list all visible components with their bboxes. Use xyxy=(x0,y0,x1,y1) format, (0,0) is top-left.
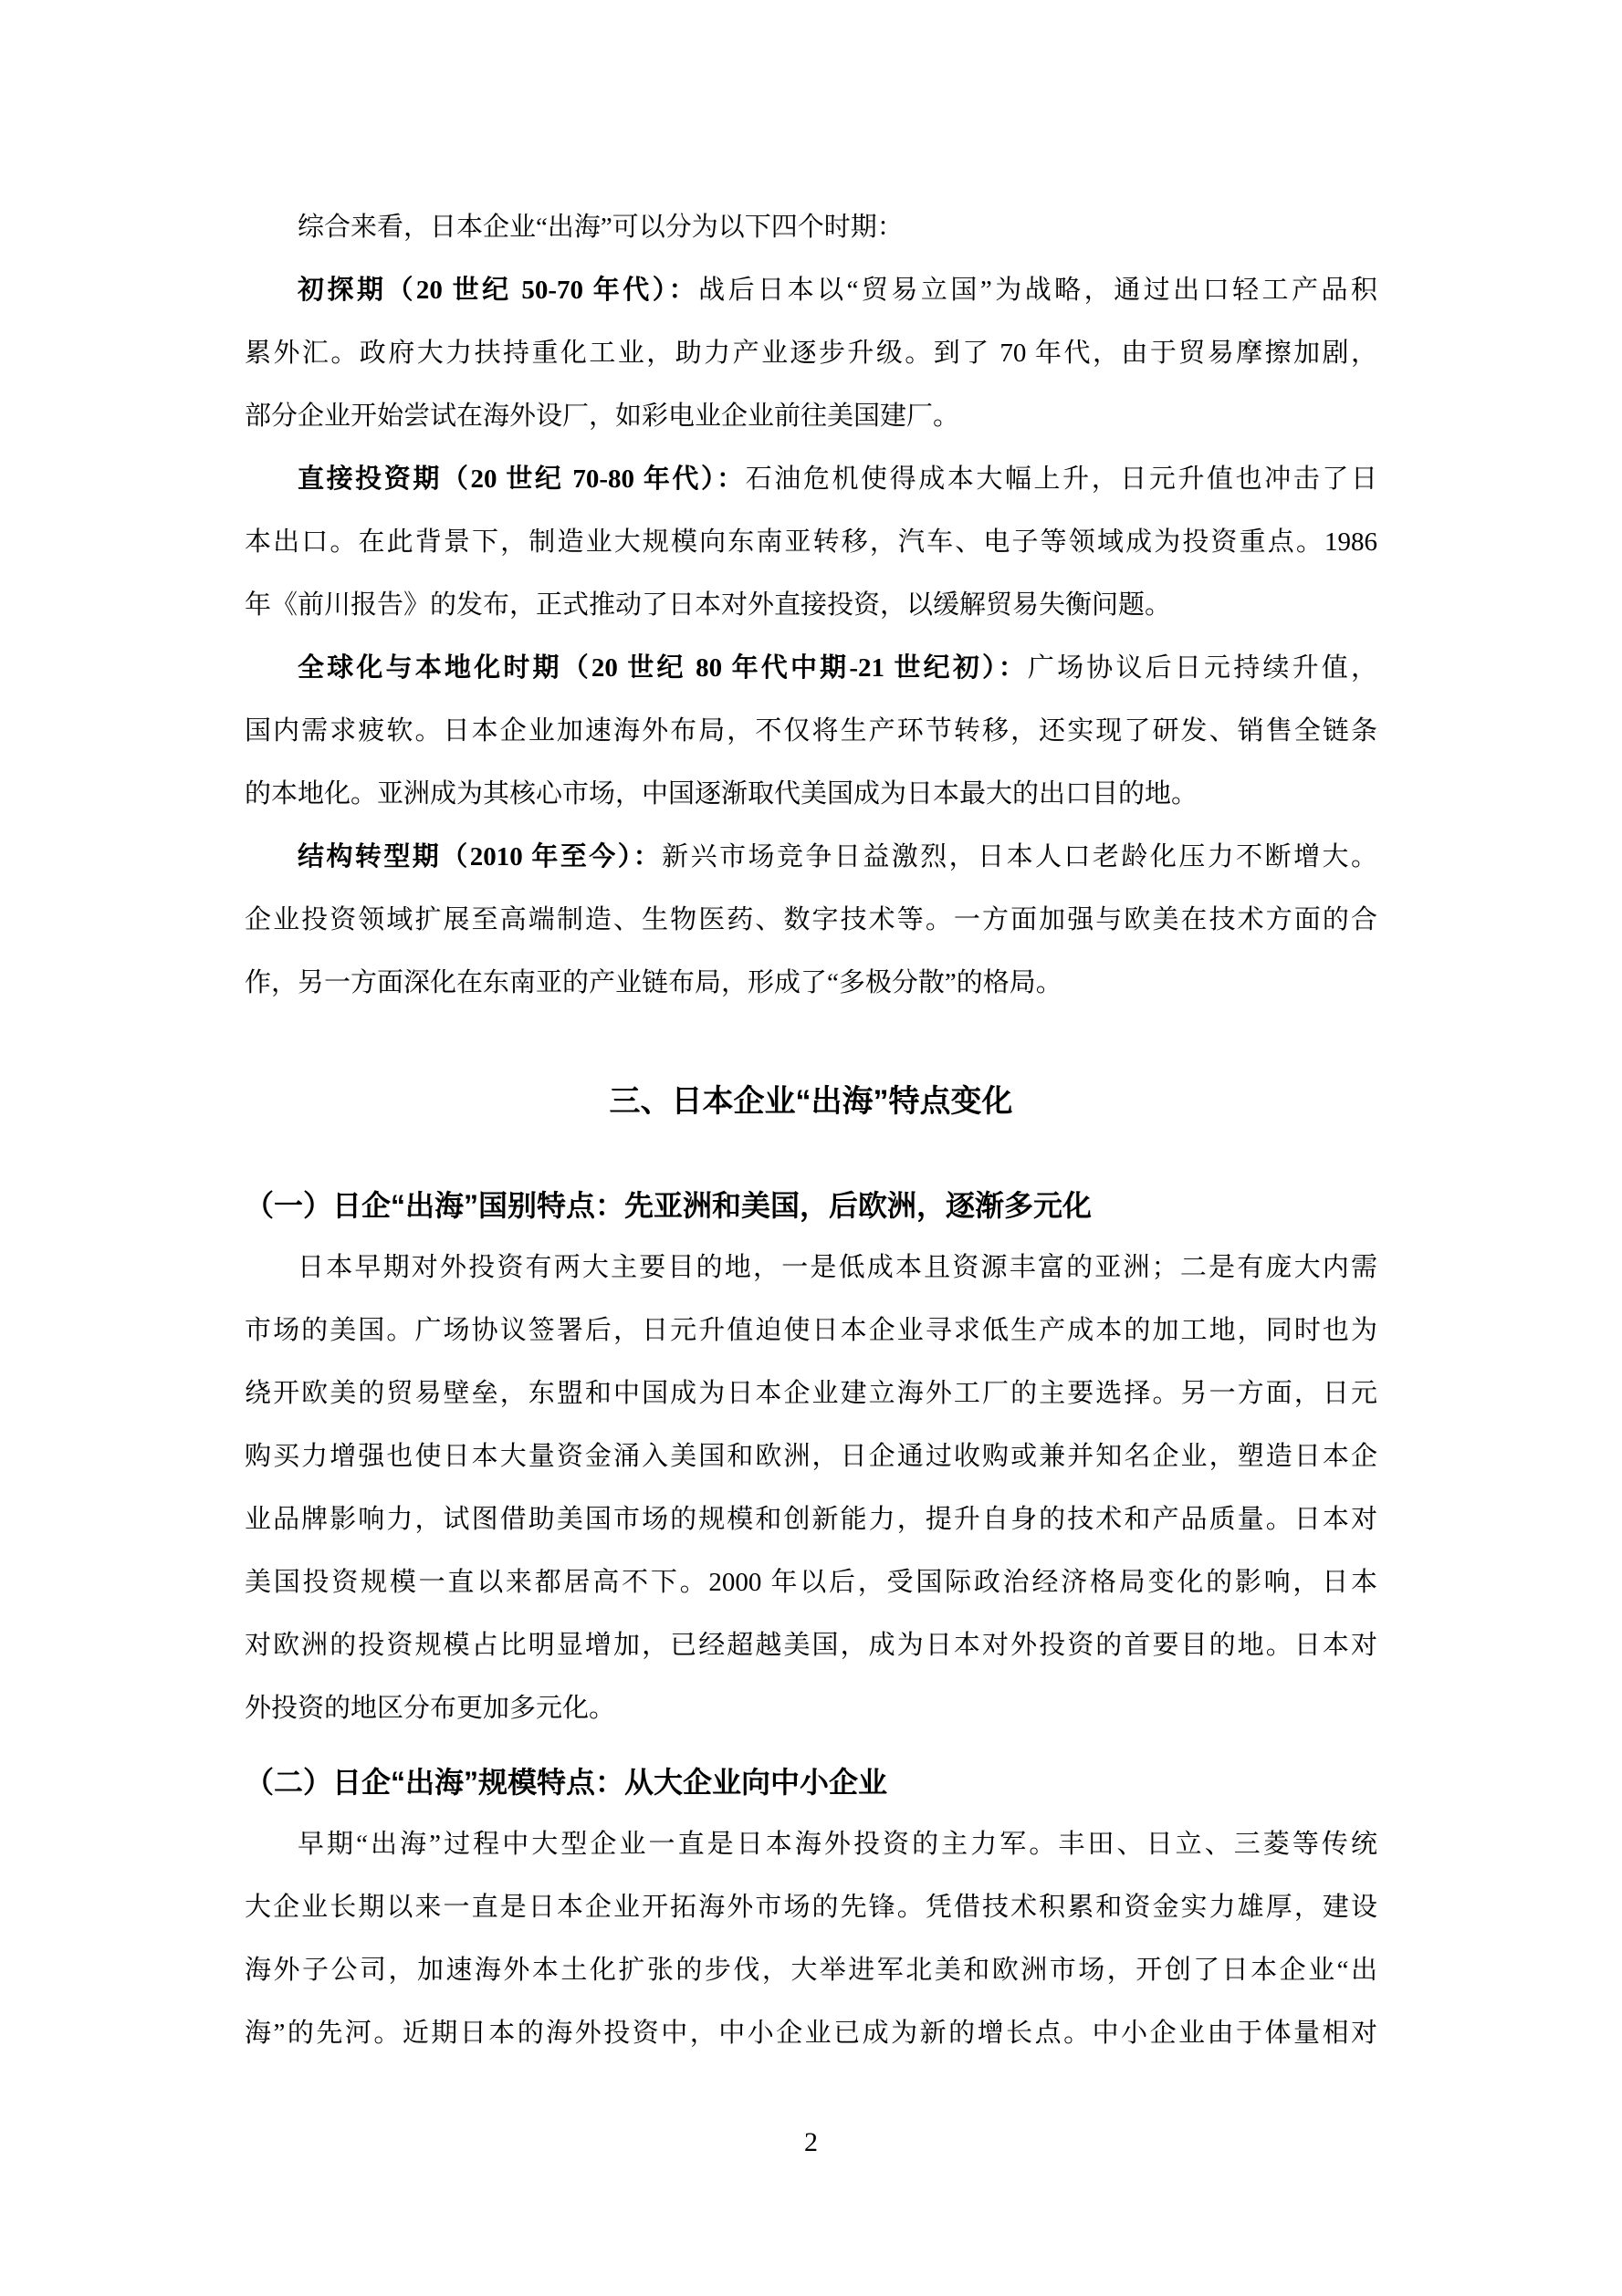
text-line: 的本地化。亚洲成为其核心市场，中国逐渐取代美国成为日本最大的出口目的地。 xyxy=(245,763,1377,826)
subsection-heading: （一）日企“出海”国别特点：先亚洲和美国，后欧洲，逐渐多元化 xyxy=(245,1180,1377,1231)
bold-lead: 初探期（20 世纪 50-70 年代）： xyxy=(298,276,698,305)
text-line: 本出口。在此背景下，制造业大规模向东南亚转移，汽车、电子等领域成为投资重点。19… xyxy=(245,511,1377,574)
text-line: 年《前川报告》的发布，正式推动了日本对外直接投资，以缓解贸易失衡问题。 xyxy=(245,574,1377,637)
bold-lead: 直接投资期（20 世纪 70-80 年代）： xyxy=(298,464,746,494)
text-line: 购买力增强也使日本大量资金涌入美国和欧洲，日企通过收购或兼并知名企业，塑造日本企 xyxy=(245,1425,1377,1488)
text-line: 部分企业开始尝试在海外设厂，如彩电业企业前往美国建厂。 xyxy=(245,385,1377,448)
text-line: 企业投资领域扩展至高端制造、生物医药、数字技术等。一方面加强与欧美在技术方面的合 xyxy=(245,889,1377,952)
section-heading: 三、日本企业“出海”特点变化 xyxy=(245,1076,1377,1127)
paragraph: 结构转型期（2010 年至今）：新兴市场竞争日益激烈，日本人口老龄化压力不断增大… xyxy=(245,826,1377,1015)
subsection-heading: （二）日企“出海”规模特点：从大企业向中小企业 xyxy=(245,1757,1377,1808)
paragraph: 直接投资期（20 世纪 70-80 年代）：石油危机使得成本大幅上升，日元升值也… xyxy=(245,448,1377,637)
text-line: 早期“出海”过程中大型企业一直是日本海外投资的主力军。丰田、日立、三菱等传统 xyxy=(245,1813,1377,1876)
paragraph: 早期“出海”过程中大型企业一直是日本海外投资的主力军。丰田、日立、三菱等传统大企… xyxy=(245,1813,1377,2065)
text-line: 市场的美国。广场协议签署后，日元升值迫使日本企业寻求低生产成本的加工地，同时也为 xyxy=(245,1299,1377,1362)
paragraph: 初探期（20 世纪 50-70 年代）：战后日本以“贸易立国”为战略，通过出口轻… xyxy=(245,259,1377,448)
document-body: 综合来看，日本企业“出海”可以分为以下四个时期：初探期（20 世纪 50-70 … xyxy=(245,196,1377,2065)
text-line: 外投资的地区分布更加多元化。 xyxy=(245,1677,1377,1740)
text-line: 业品牌影响力，试图借助美国市场的规模和创新能力，提升自身的技术和产品质量。日本对 xyxy=(245,1488,1377,1551)
text-line: 初探期（20 世纪 50-70 年代）：战后日本以“贸易立国”为战略，通过出口轻… xyxy=(245,259,1377,322)
text-line: 绕开欧美的贸易壁垒，东盟和中国成为日本企业建立海外工厂的主要选择。另一方面，日元 xyxy=(245,1362,1377,1425)
paragraph: 全球化与本地化时期（20 世纪 80 年代中期-21 世纪初）：广场协议后日元持… xyxy=(245,637,1377,826)
text-line: 综合来看，日本企业“出海”可以分为以下四个时期： xyxy=(245,196,1377,259)
text-line: 作，另一方面深化在东南亚的产业链布局，形成了“多极分散”的格局。 xyxy=(245,952,1377,1015)
document-page: 综合来看，日本企业“出海”可以分为以下四个时期：初探期（20 世纪 50-70 … xyxy=(0,0,1622,2296)
text-line: 全球化与本地化时期（20 世纪 80 年代中期-21 世纪初）：广场协议后日元持… xyxy=(245,637,1377,700)
text-line: 直接投资期（20 世纪 70-80 年代）：石油危机使得成本大幅上升，日元升值也… xyxy=(245,448,1377,511)
bold-lead: 结构转型期（2010 年至今）： xyxy=(298,842,662,871)
bold-lead: 全球化与本地化时期（20 世纪 80 年代中期-21 世纪初）： xyxy=(298,653,1028,683)
text-line: 对欧洲的投资规模占比明显增加，已经超越美国，成为日本对外投资的首要目的地。日本对 xyxy=(245,1614,1377,1677)
text-line: 大企业长期以来一直是日本企业开拓海外市场的先锋。凭借技术积累和资金实力雄厚，建设 xyxy=(245,1876,1377,1939)
text-line: 结构转型期（2010 年至今）：新兴市场竞争日益激烈，日本人口老龄化压力不断增大… xyxy=(245,826,1377,889)
text-line: 日本早期对外投资有两大主要目的地，一是低成本且资源丰富的亚洲；二是有庞大内需 xyxy=(245,1237,1377,1299)
paragraph: 日本早期对外投资有两大主要目的地，一是低成本且资源丰富的亚洲；二是有庞大内需市场… xyxy=(245,1237,1377,1740)
text-line: 美国投资规模一直以来都居高不下。2000 年以后，受国际政治经济格局变化的影响，… xyxy=(245,1551,1377,1614)
page-number: 2 xyxy=(0,2126,1622,2159)
paragraph: 综合来看，日本企业“出海”可以分为以下四个时期： xyxy=(245,196,1377,259)
text-line: 累外汇。政府大力扶持重化工业，助力产业逐步升级。到了 70 年代，由于贸易摩擦加… xyxy=(245,322,1377,385)
text-line: 海”的先河。近期日本的海外投资中，中小企业已成为新的增长点。中小企业由于体量相对 xyxy=(245,2002,1377,2065)
text-line: 海外子公司，加速海外本土化扩张的步伐，大举进军北美和欧洲市场，开创了日本企业“出 xyxy=(245,1939,1377,2002)
text-line: 国内需求疲软。日本企业加速海外布局，不仅将生产环节转移，还实现了研发、销售全链条 xyxy=(245,700,1377,763)
